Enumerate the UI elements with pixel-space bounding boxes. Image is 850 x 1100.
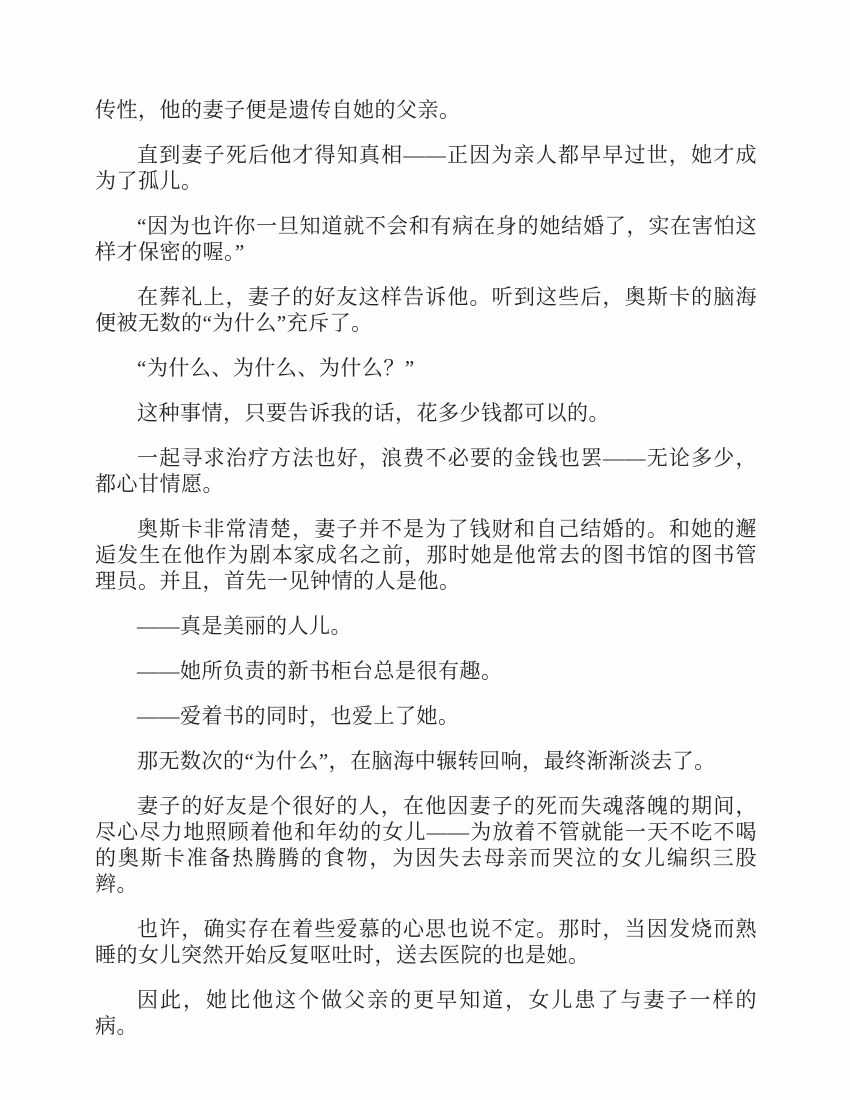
paragraph: 传性，他的妻子便是遗传自她的父亲。 [95,97,757,123]
paragraph: 妻子的好友是个很好的人，在他因妻子的死而失魂落魄的期间，尽心尽力地照顾着他和年幼… [95,793,757,897]
paragraph: “为什么、为什么、为什么？” [95,355,757,381]
paragraph: ——真是美丽的人儿。 [95,613,757,639]
page-text: 传性，他的妻子便是遗传自她的父亲。直到妻子死后他才得知真相——正因为亲人都早早过… [95,97,757,1058]
paragraph: 那无数次的“为什么”，在脑海中辗转回响，最终渐渐淡去了。 [95,748,757,774]
book-page: 传性，他的妻子便是遗传自她的父亲。直到妻子死后他才得知真相——正因为亲人都早早过… [0,0,850,1100]
paragraph: 在葬礼上，妻子的好友这样告诉他。听到这些后，奥斯卡的脑海便被无数的“为什么”充斥… [95,284,757,336]
paragraph: 奥斯卡非常清楚，妻子并不是为了钱财和自己结婚的。和她的邂逅发生在他作为剧本家成名… [95,516,757,594]
paragraph: “因为也许你一旦知道就不会和有病在身的她结婚了，实在害怕这样才保密的喔。” [95,213,757,265]
paragraph: ——爱着书的同时，也爱上了她。 [95,703,757,729]
paragraph: 这种事情，只要告诉我的话，花多少钱都可以的。 [95,400,757,426]
paragraph: 也许，确实存在着些爱慕的心思也说不定。那时，当因发烧而熟睡的女儿突然开始反复呕吐… [95,916,757,968]
paragraph: ——她所负责的新书柜台总是很有趣。 [95,658,757,684]
paragraph: 因此，她比他这个做父亲的更早知道，女儿患了与妻子一样的病。 [95,987,757,1039]
paragraph: 一起寻求治疗方法也好，浪费不必要的金钱也罢——无论多少，都心甘情愿。 [95,445,757,497]
paragraph: 直到妻子死后他才得知真相——正因为亲人都早早过世，她才成为了孤儿。 [95,142,757,194]
